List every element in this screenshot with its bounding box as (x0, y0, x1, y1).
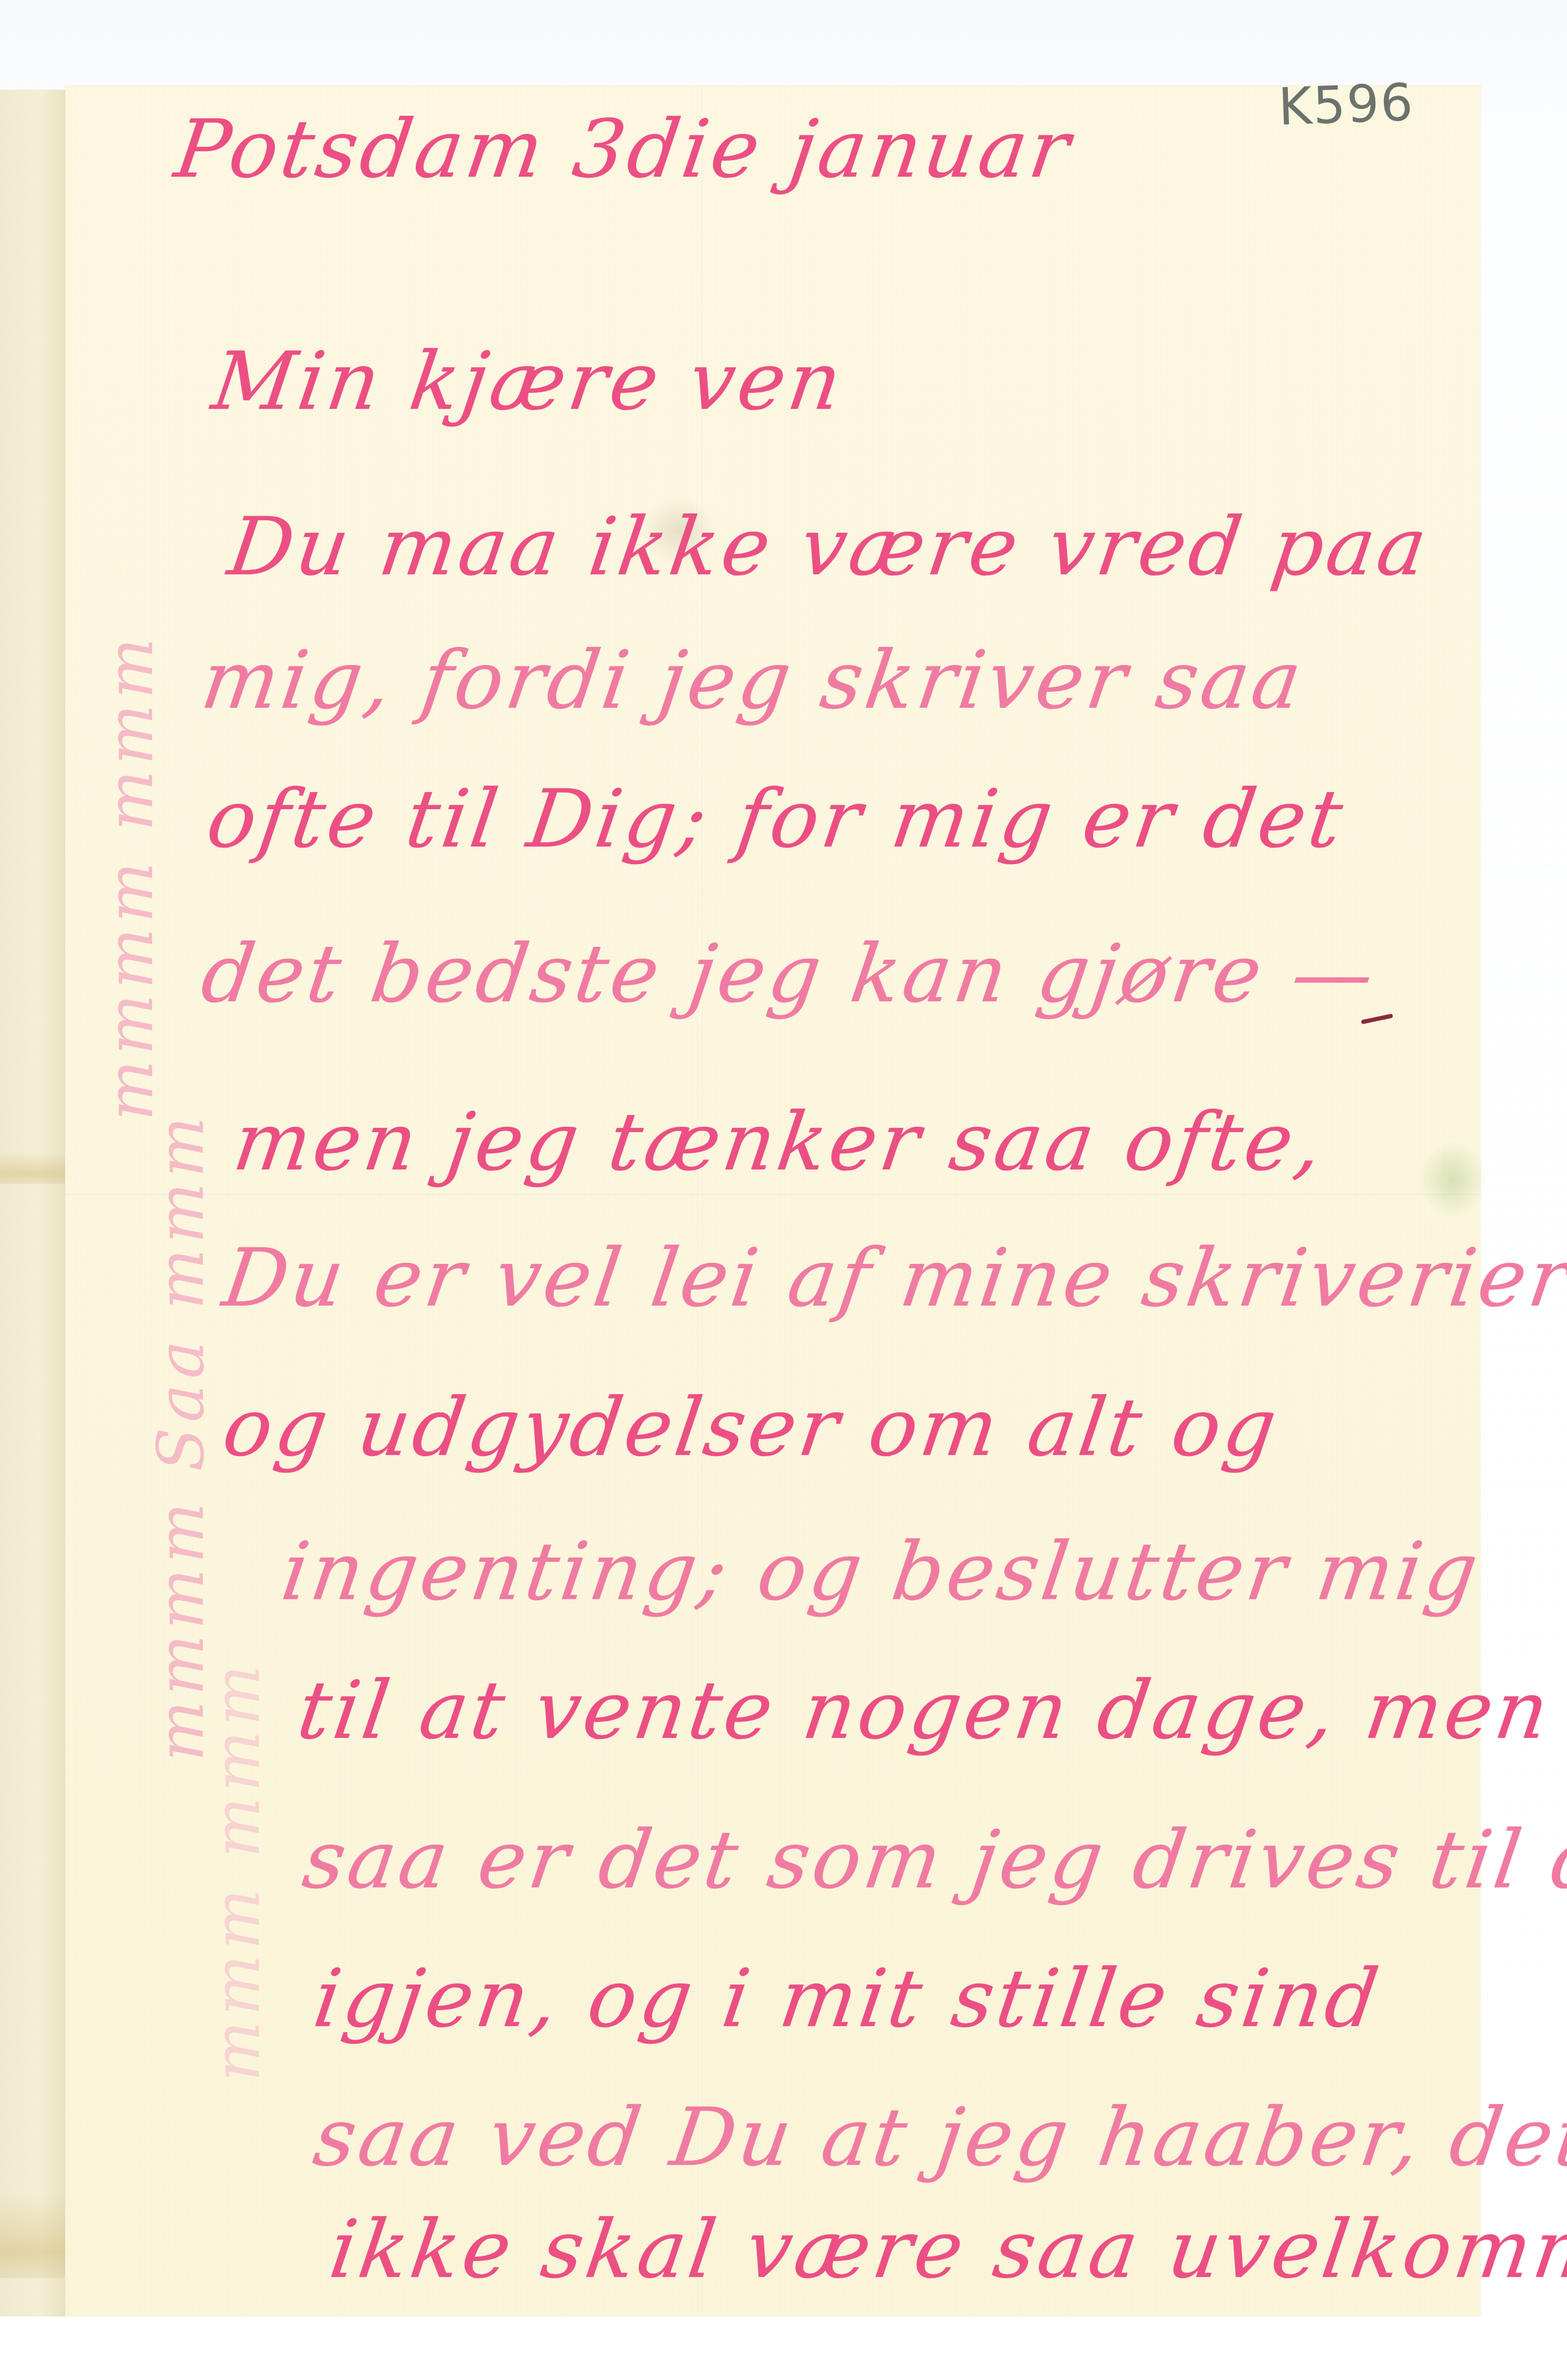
folded-back-leaf (0, 90, 66, 2316)
fold-stain (0, 2193, 65, 2278)
marginalia-text: mmmm mmm (93, 632, 168, 1121)
green-stain (1421, 1142, 1485, 1217)
archive-label: K596 (1277, 73, 1415, 137)
fold-stain (0, 1152, 65, 1184)
body-line: saa er det som jeg drives til det (298, 1820, 1567, 1900)
body-line: Du maa ikke være vred paa (224, 507, 1434, 587)
salutation: Min kjære ven (208, 342, 849, 422)
body-line: men jeg tænker saa ofte, (229, 1102, 1329, 1182)
body-line: ingenting; og beslutter mig (277, 1532, 1485, 1612)
body-line: saa ved Du at jeg haaber, det (309, 2098, 1567, 2178)
body-line: til at vente nogen dage, men (293, 1671, 1556, 1751)
body-line: ikke skal være saa uvelkomment (325, 2210, 1567, 2290)
horizontal-fold-crease (65, 1193, 1481, 1195)
body-line: igjen, og i mit stille sind (309, 1959, 1386, 2039)
body-line: og udgydelser om alt og (218, 1388, 1284, 1468)
body-line: det bedste jeg kan gjøre — (197, 934, 1381, 1014)
body-line: mig, fordi jeg skriver saa (197, 641, 1309, 721)
marginalia-text: mmm mmm (200, 1659, 274, 2082)
body-line: Du er vel lei af mine skriverier (218, 1238, 1567, 1318)
body-line: ofte til Dig; for mig er det (202, 779, 1350, 859)
place-date-line: Potsdam 3die januar (170, 109, 1077, 189)
